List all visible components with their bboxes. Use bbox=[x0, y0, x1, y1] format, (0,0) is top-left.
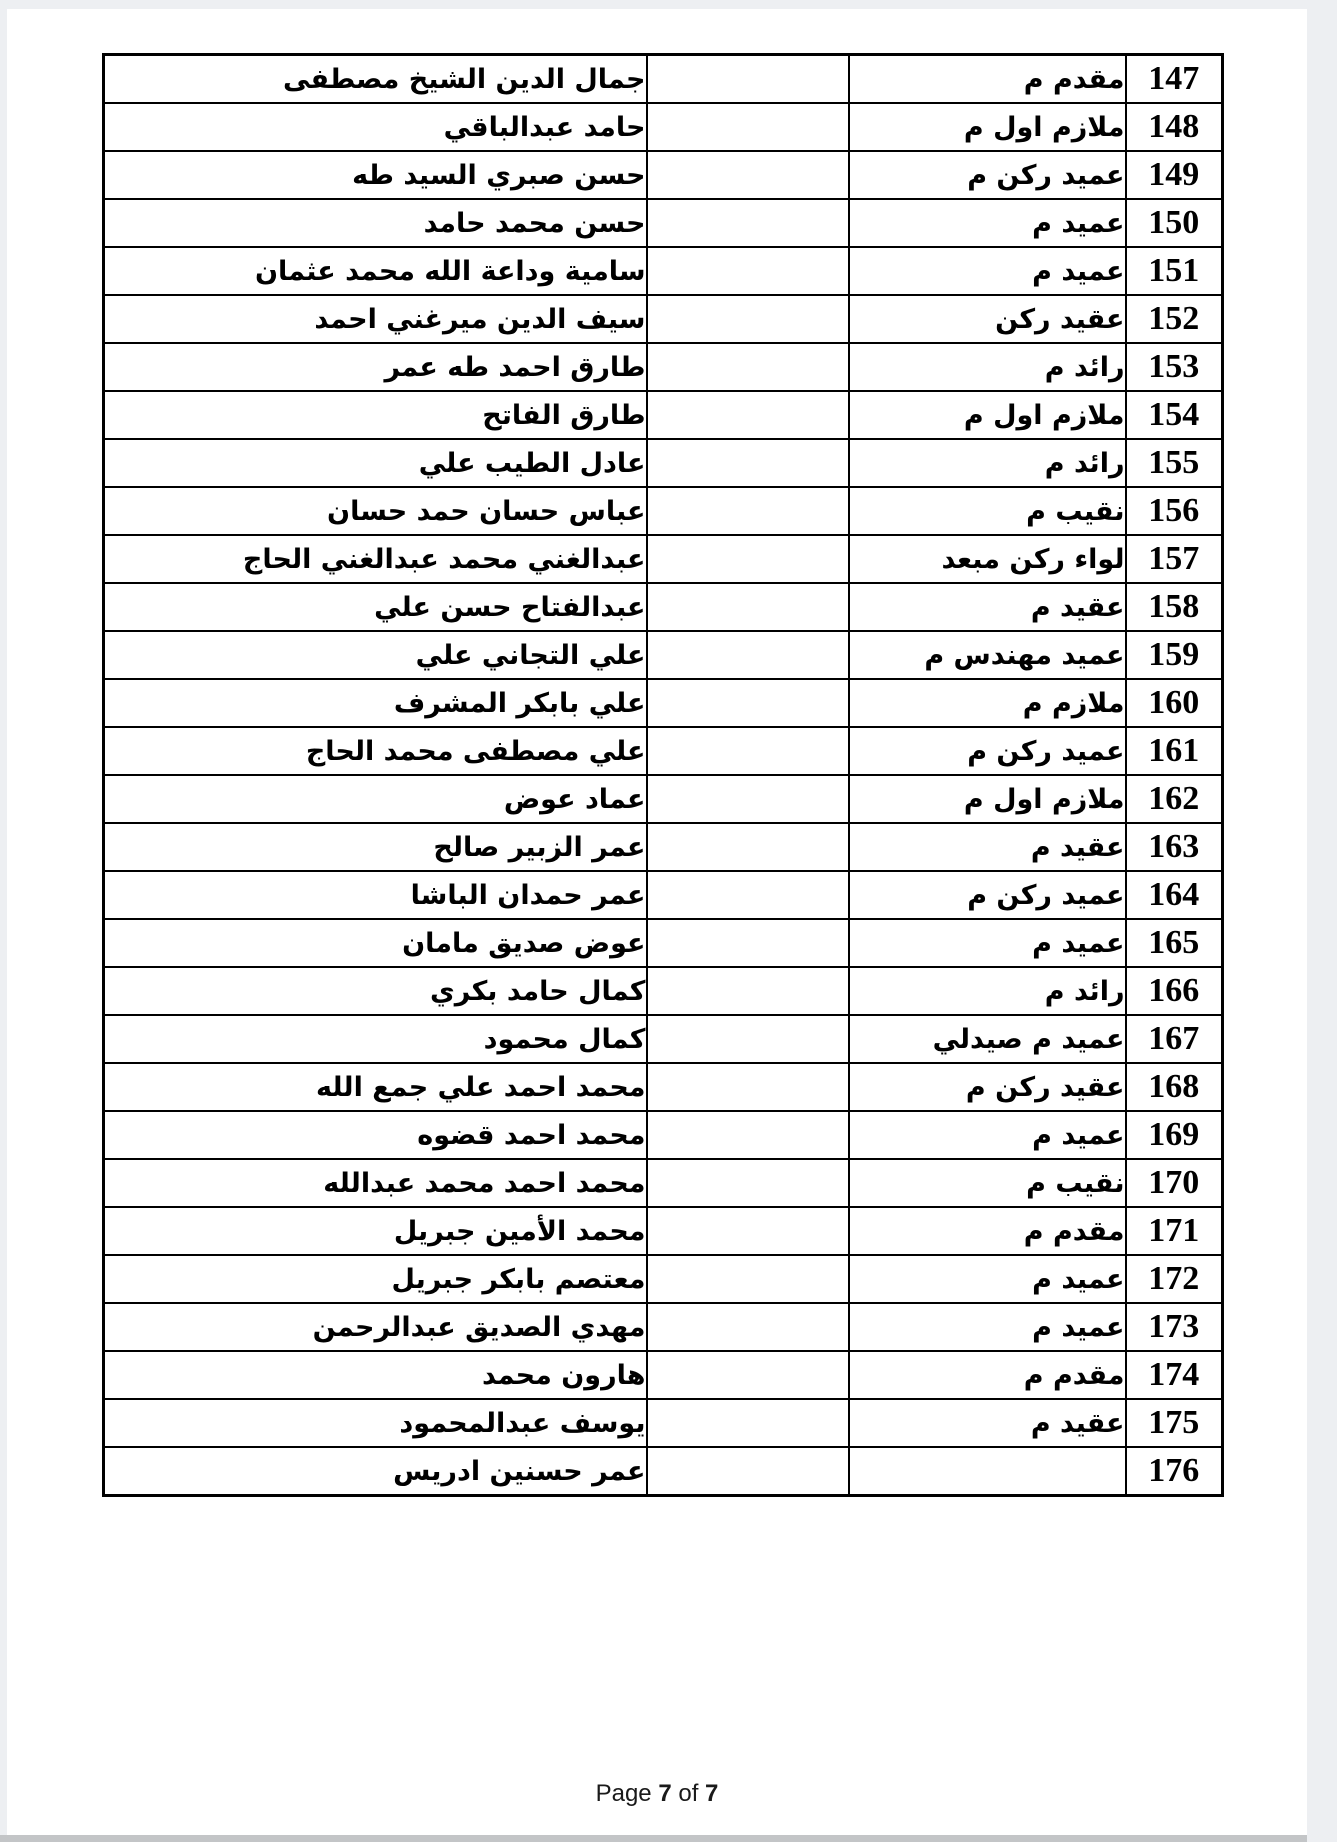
cell-name: عمر حمدان الباشا bbox=[104, 871, 647, 919]
cell-name: علي بابكر المشرف bbox=[104, 679, 647, 727]
cell-rank: مقدم م bbox=[849, 1207, 1126, 1255]
table-row: 162 ملازم اول م عماد عوض bbox=[104, 775, 1223, 823]
cell-serial-number: 170 bbox=[1126, 1159, 1223, 1207]
cell-serial-number: 161 bbox=[1126, 727, 1223, 775]
cell-name: محمد احمد قضوه bbox=[104, 1111, 647, 1159]
cell-rank: مقدم م bbox=[849, 55, 1126, 104]
table-row: 170 نقيب م محمد احمد محمد عبدالله bbox=[104, 1159, 1223, 1207]
cell-rank: عميد م bbox=[849, 1111, 1126, 1159]
cell-name: حامد عبدالباقي bbox=[104, 103, 647, 151]
cell-notes bbox=[647, 583, 849, 631]
cell-rank: ملازم م bbox=[849, 679, 1126, 727]
cell-name: سامية وداعة الله محمد عثمان bbox=[104, 247, 647, 295]
cell-notes bbox=[647, 1063, 849, 1111]
cell-rank: عميد م bbox=[849, 1255, 1126, 1303]
table-row: 148 ملازم اول م حامد عبدالباقي bbox=[104, 103, 1223, 151]
cell-name: معتصم بابكر جبريل bbox=[104, 1255, 647, 1303]
cell-notes bbox=[647, 295, 849, 343]
cell-rank: عميد مهندس م bbox=[849, 631, 1126, 679]
cell-notes bbox=[647, 823, 849, 871]
table-row: 153 رائد م طارق احمد طه عمر bbox=[104, 343, 1223, 391]
cell-notes bbox=[647, 391, 849, 439]
cell-rank: عقيد م bbox=[849, 583, 1126, 631]
bottom-edge-bar bbox=[0, 1835, 1307, 1842]
cell-serial-number: 152 bbox=[1126, 295, 1223, 343]
cell-notes bbox=[647, 1255, 849, 1303]
cell-serial-number: 169 bbox=[1126, 1111, 1223, 1159]
cell-serial-number: 153 bbox=[1126, 343, 1223, 391]
cell-notes bbox=[647, 439, 849, 487]
table-row: 167 عميد م صيدلي كمال محمود bbox=[104, 1015, 1223, 1063]
cell-notes bbox=[647, 679, 849, 727]
footer-current-page: 7 bbox=[658, 1780, 671, 1807]
cell-notes bbox=[647, 199, 849, 247]
cell-notes bbox=[647, 535, 849, 583]
cell-name: عمر حسنين ادريس bbox=[104, 1447, 647, 1496]
cell-name: جمال الدين الشيخ مصطفى bbox=[104, 55, 647, 104]
cell-name: طارق احمد طه عمر bbox=[104, 343, 647, 391]
table-row: 175 عقيد م يوسف عبدالمحمود bbox=[104, 1399, 1223, 1447]
cell-serial-number: 163 bbox=[1126, 823, 1223, 871]
cell-serial-number: 149 bbox=[1126, 151, 1223, 199]
table-row: 166 رائد م كمال حامد بكري bbox=[104, 967, 1223, 1015]
table-row: 160 ملازم م علي بابكر المشرف bbox=[104, 679, 1223, 727]
page-footer: Page 7 of 7 bbox=[7, 1780, 1307, 1808]
table-row: 163 عقيد م عمر الزبير صالح bbox=[104, 823, 1223, 871]
table-row: 156 نقيب م عباس حسان حمد حسان bbox=[104, 487, 1223, 535]
cell-name: محمد احمد علي جمع الله bbox=[104, 1063, 647, 1111]
table-row: 147 مقدم م جمال الدين الشيخ مصطفى bbox=[104, 55, 1223, 104]
cell-rank: عميد م bbox=[849, 199, 1126, 247]
cell-serial-number: 150 bbox=[1126, 199, 1223, 247]
cell-serial-number: 174 bbox=[1126, 1351, 1223, 1399]
cell-name: طارق الفاتح bbox=[104, 391, 647, 439]
cell-notes bbox=[647, 1447, 849, 1496]
cell-name: عبدالفتاح حسن علي bbox=[104, 583, 647, 631]
cell-serial-number: 158 bbox=[1126, 583, 1223, 631]
table-row: 155 رائد م عادل الطيب علي bbox=[104, 439, 1223, 487]
table-row: 157 لواء ركن مبعد عبدالغني محمد عبدالغني… bbox=[104, 535, 1223, 583]
table-row: 159 عميد مهندس م علي التجاني علي bbox=[104, 631, 1223, 679]
cell-notes bbox=[647, 1159, 849, 1207]
cell-rank: ملازم اول م bbox=[849, 103, 1126, 151]
cell-rank: ملازم اول م bbox=[849, 391, 1126, 439]
cell-rank: عقيد م bbox=[849, 823, 1126, 871]
cell-notes bbox=[647, 487, 849, 535]
cell-name: مهدي الصديق عبدالرحمن bbox=[104, 1303, 647, 1351]
cell-rank: عميد ركن م bbox=[849, 727, 1126, 775]
cell-rank: عميد م bbox=[849, 1303, 1126, 1351]
cell-notes bbox=[647, 871, 849, 919]
cell-name: علي مصطفى محمد الحاج bbox=[104, 727, 647, 775]
cell-serial-number: 171 bbox=[1126, 1207, 1223, 1255]
footer-total-pages: 7 bbox=[705, 1780, 718, 1807]
cell-name: عبدالغني محمد عبدالغني الحاج bbox=[104, 535, 647, 583]
cell-notes bbox=[647, 1015, 849, 1063]
footer-page-label: Page bbox=[596, 1780, 652, 1807]
table-row: 152 عقيد ركن سيف الدين ميرغني احمد bbox=[104, 295, 1223, 343]
cell-serial-number: 165 bbox=[1126, 919, 1223, 967]
cell-notes bbox=[647, 151, 849, 199]
cell-serial-number: 175 bbox=[1126, 1399, 1223, 1447]
roster-table: 147 مقدم م جمال الدين الشيخ مصطفى 148 مل… bbox=[102, 53, 1224, 1497]
cell-serial-number: 160 bbox=[1126, 679, 1223, 727]
cell-serial-number: 168 bbox=[1126, 1063, 1223, 1111]
cell-name: عماد عوض bbox=[104, 775, 647, 823]
cell-name: حسن صبري السيد طه bbox=[104, 151, 647, 199]
cell-rank: عميد م bbox=[849, 919, 1126, 967]
table-row: 165 عميد م عوض صديق مامان bbox=[104, 919, 1223, 967]
cell-name: عباس حسان حمد حسان bbox=[104, 487, 647, 535]
cell-serial-number: 156 bbox=[1126, 487, 1223, 535]
cell-serial-number: 157 bbox=[1126, 535, 1223, 583]
cell-name: محمد احمد محمد عبدالله bbox=[104, 1159, 647, 1207]
cell-serial-number: 147 bbox=[1126, 55, 1223, 104]
cell-notes bbox=[647, 967, 849, 1015]
table-row: 158 عقيد م عبدالفتاح حسن علي bbox=[104, 583, 1223, 631]
cell-name: هارون محمد bbox=[104, 1351, 647, 1399]
cell-name: عمر الزبير صالح bbox=[104, 823, 647, 871]
table-row: 176 عمر حسنين ادريس bbox=[104, 1447, 1223, 1496]
cell-rank: رائد م bbox=[849, 439, 1126, 487]
cell-serial-number: 172 bbox=[1126, 1255, 1223, 1303]
cell-rank: عميد م صيدلي bbox=[849, 1015, 1126, 1063]
cell-rank: لواء ركن مبعد bbox=[849, 535, 1126, 583]
document-page: 147 مقدم م جمال الدين الشيخ مصطفى 148 مل… bbox=[7, 9, 1307, 1835]
cell-notes bbox=[647, 1207, 849, 1255]
cell-notes bbox=[647, 103, 849, 151]
cell-notes bbox=[647, 1111, 849, 1159]
table-row: 169 عميد م محمد احمد قضوه bbox=[104, 1111, 1223, 1159]
cell-name: حسن محمد حامد bbox=[104, 199, 647, 247]
cell-notes bbox=[647, 727, 849, 775]
table-row: 164 عميد ركن م عمر حمدان الباشا bbox=[104, 871, 1223, 919]
cell-serial-number: 167 bbox=[1126, 1015, 1223, 1063]
cell-rank: رائد م bbox=[849, 343, 1126, 391]
cell-serial-number: 176 bbox=[1126, 1447, 1223, 1496]
cell-rank: عميد ركن م bbox=[849, 151, 1126, 199]
cell-serial-number: 155 bbox=[1126, 439, 1223, 487]
cell-rank: ملازم اول م bbox=[849, 775, 1126, 823]
cell-name: علي التجاني علي bbox=[104, 631, 647, 679]
cell-rank: مقدم م bbox=[849, 1351, 1126, 1399]
cell-notes bbox=[647, 1351, 849, 1399]
table-row: 149 عميد ركن م حسن صبري السيد طه bbox=[104, 151, 1223, 199]
cell-notes bbox=[647, 775, 849, 823]
cell-rank: عقيد ركن bbox=[849, 295, 1126, 343]
cell-serial-number: 151 bbox=[1126, 247, 1223, 295]
cell-rank: نقيب م bbox=[849, 1159, 1126, 1207]
cell-rank: رائد م bbox=[849, 967, 1126, 1015]
table-row: 173 عميد م مهدي الصديق عبدالرحمن bbox=[104, 1303, 1223, 1351]
table-row: 150 عميد م حسن محمد حامد bbox=[104, 199, 1223, 247]
table-row: 161 عميد ركن م علي مصطفى محمد الحاج bbox=[104, 727, 1223, 775]
table-row: 174 مقدم م هارون محمد bbox=[104, 1351, 1223, 1399]
table-row: 171 مقدم م محمد الأمين جبريل bbox=[104, 1207, 1223, 1255]
cell-name: كمال حامد بكري bbox=[104, 967, 647, 1015]
cell-rank bbox=[849, 1447, 1126, 1496]
cell-notes bbox=[647, 1303, 849, 1351]
cell-notes bbox=[647, 247, 849, 295]
cell-rank: عقيد م bbox=[849, 1399, 1126, 1447]
table-row: 151 عميد م سامية وداعة الله محمد عثمان bbox=[104, 247, 1223, 295]
cell-notes bbox=[647, 55, 849, 104]
cell-serial-number: 164 bbox=[1126, 871, 1223, 919]
cell-rank: عميد م bbox=[849, 247, 1126, 295]
cell-rank: نقيب م bbox=[849, 487, 1126, 535]
table-row: 172 عميد م معتصم بابكر جبريل bbox=[104, 1255, 1223, 1303]
cell-serial-number: 173 bbox=[1126, 1303, 1223, 1351]
cell-notes bbox=[647, 919, 849, 967]
cell-notes bbox=[647, 343, 849, 391]
cell-name: عوض صديق مامان bbox=[104, 919, 647, 967]
cell-name: عادل الطيب علي bbox=[104, 439, 647, 487]
footer-of-label: of bbox=[678, 1780, 698, 1807]
cell-name: سيف الدين ميرغني احمد bbox=[104, 295, 647, 343]
cell-notes bbox=[647, 631, 849, 679]
roster-table-body: 147 مقدم م جمال الدين الشيخ مصطفى 148 مل… bbox=[104, 55, 1223, 1496]
cell-rank: عقيد ركن م bbox=[849, 1063, 1126, 1111]
cell-notes bbox=[647, 1399, 849, 1447]
cell-rank: عميد ركن م bbox=[849, 871, 1126, 919]
cell-serial-number: 159 bbox=[1126, 631, 1223, 679]
cell-name: محمد الأمين جبريل bbox=[104, 1207, 647, 1255]
cell-serial-number: 166 bbox=[1126, 967, 1223, 1015]
cell-serial-number: 162 bbox=[1126, 775, 1223, 823]
cell-name: كمال محمود bbox=[104, 1015, 647, 1063]
cell-serial-number: 148 bbox=[1126, 103, 1223, 151]
cell-name: يوسف عبدالمحمود bbox=[104, 1399, 647, 1447]
table-row: 168 عقيد ركن م محمد احمد علي جمع الله bbox=[104, 1063, 1223, 1111]
cell-serial-number: 154 bbox=[1126, 391, 1223, 439]
table-row: 154 ملازم اول م طارق الفاتح bbox=[104, 391, 1223, 439]
